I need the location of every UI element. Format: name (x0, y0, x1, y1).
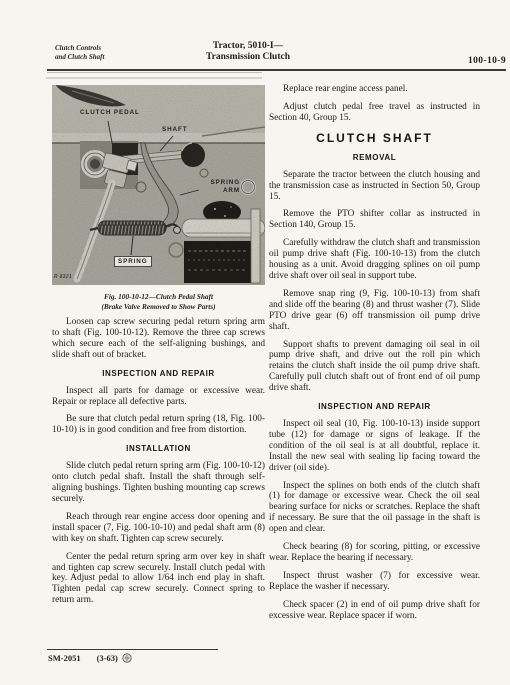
manual-page: Clutch Controls and Clutch Shaft Tractor… (0, 0, 510, 685)
label-spring-arm: SPRING ARM (200, 179, 240, 194)
paragraph: Remove the PTO shifter collar as instruc… (269, 209, 480, 231)
paragraph: Slide clutch pedal return spring arm (Fi… (52, 461, 265, 505)
left-column: CLUTCH PEDAL SHAFT SPRING ARM SPRING R 8… (52, 85, 265, 613)
photo-id-watermark: R 8321 (54, 274, 72, 280)
footer-rule (47, 649, 218, 650)
label-shaft: SHAFT (162, 126, 188, 133)
paragraph: Support shafts to prevent damaging oil s… (269, 340, 480, 395)
printers-union-bug-icon (122, 653, 132, 663)
paragraph: Inspect thrust washer (7) for excessive … (269, 571, 480, 593)
page-number: 100-10-9 (468, 56, 506, 66)
paragraph: Loosen cap screw securing pedal return s… (52, 317, 265, 361)
label-clutch-pedal: CLUTCH PEDAL (80, 109, 140, 116)
right-column-text: Replace rear engine access panel.Adjust … (269, 84, 480, 622)
paragraph: Remove snap ring (9, Fig. 100-10-13) fro… (269, 289, 480, 333)
header-rule (47, 69, 506, 71)
header-chapter-line2: Transmission Clutch (153, 52, 343, 63)
paragraph: Check bearing (8) for scoring, pitting, … (269, 542, 480, 564)
document-number: SM-2051 (48, 653, 81, 663)
paragraph: Check spacer (2) in end of oil pump driv… (269, 600, 480, 622)
scan-artifact (46, 77, 262, 79)
section-heading: INSPECTION AND REPAIR (269, 402, 480, 411)
paragraph: Inspect oil seal (10, Fig. 100-10-13) in… (269, 419, 480, 474)
paragraph: Adjust clutch pedal free travel as instr… (269, 102, 480, 124)
header-section-title: Clutch Controls and Clutch Shaft (55, 44, 104, 61)
paragraph: Replace rear engine access panel. (269, 84, 480, 95)
header-section-line2: and Clutch Shaft (55, 53, 104, 62)
figure-caption-line2: (Brake Valve Removed to Show Parts) (52, 302, 265, 312)
left-column-text: Loosen cap screw securing pedal return s… (52, 317, 265, 606)
paragraph: Separate the tractor between the clutch … (269, 170, 480, 203)
revision-date-code: (3-63) (97, 653, 118, 663)
section-heading: INSTALLATION (52, 444, 265, 453)
paragraph: Reach through rear engine access door op… (52, 512, 265, 545)
label-spring-arm-line1: SPRING (200, 179, 240, 187)
header-chapter-line1: Tractor, 5010-I— (153, 41, 343, 52)
right-column: Replace rear engine access panel.Adjust … (269, 84, 480, 629)
header-rule-secondary (47, 72, 262, 73)
major-heading: CLUTCH SHAFT (269, 131, 480, 145)
section-heading: REMOVAL (269, 153, 480, 162)
footer: SM-2051 (3-63) (48, 653, 132, 663)
paragraph: Inspect the splines on both ends of the … (269, 481, 480, 536)
label-spring-arm-line2: ARM (200, 187, 240, 195)
figure-caption: Fig. 100-10-12—Clutch Pedal Shaft (Brake… (52, 292, 265, 311)
paragraph: Center the pedal return spring arm over … (52, 552, 265, 607)
paragraph: Inspect all parts for damage or excessiv… (52, 386, 265, 408)
header-section-line1: Clutch Controls (55, 44, 104, 53)
label-spring: SPRING (114, 256, 152, 267)
figure-photo-clutch-pedal-shaft: CLUTCH PEDAL SHAFT SPRING ARM SPRING R 8… (52, 85, 265, 285)
paragraph: Carefully withdraw the clutch shaft and … (269, 238, 480, 282)
paragraph: Be sure that clutch pedal return spring … (52, 414, 265, 436)
header-chapter-title: Tractor, 5010-I— Transmission Clutch (153, 41, 343, 63)
figure-caption-line1: Fig. 100-10-12—Clutch Pedal Shaft (52, 292, 265, 302)
section-heading: INSPECTION AND REPAIR (52, 369, 265, 378)
